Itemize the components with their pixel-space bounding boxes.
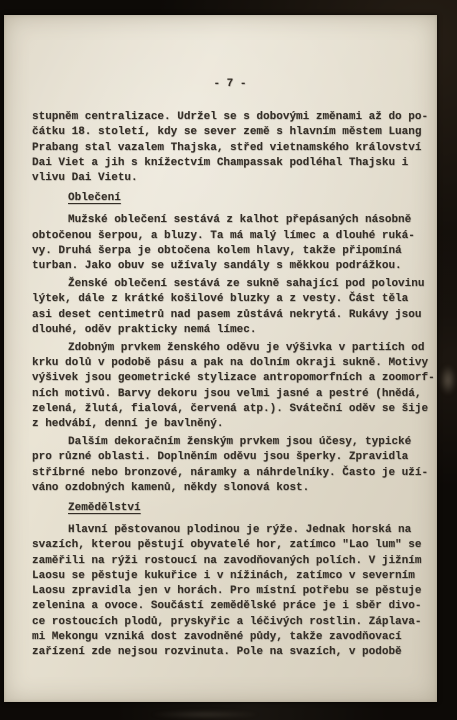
scan-artifact-smudge	[440, 365, 456, 395]
paragraph-zenske-obleceni: Ženské oblečení sestává ze sukně sahajíc…	[32, 277, 432, 338]
page-content: - 7 - stupněm centralizace. Udržel se s …	[4, 15, 432, 660]
section-heading-obleceni: Oblečení	[32, 191, 432, 206]
scan-frame: - 7 - stupněm centralizace. Udržel se s …	[0, 0, 457, 720]
paragraph-vysivka: Zdobným prvkem ženského oděvu je výšivka…	[32, 341, 432, 432]
page-number: - 7 -	[32, 77, 428, 92]
scan-artifact-smudge	[150, 710, 260, 719]
paragraph-intro: stupněm centralizace. Udržel se s dobový…	[32, 110, 432, 186]
paragraph-zemedelstvi: Hlavní pěstovanou plodinou je rýže. Jedn…	[32, 523, 432, 660]
paragraph-muzske-obleceni: Mužské oblečení sestává z kalhot přepása…	[32, 213, 432, 274]
paragraph-ucesy-sperky: Dalším dekoračním ženským prvkem jsou úč…	[32, 435, 432, 496]
section-heading-zemedelstvi: Zemědělství	[32, 501, 432, 516]
document-page: - 7 - stupněm centralizace. Udržel se s …	[4, 15, 437, 702]
